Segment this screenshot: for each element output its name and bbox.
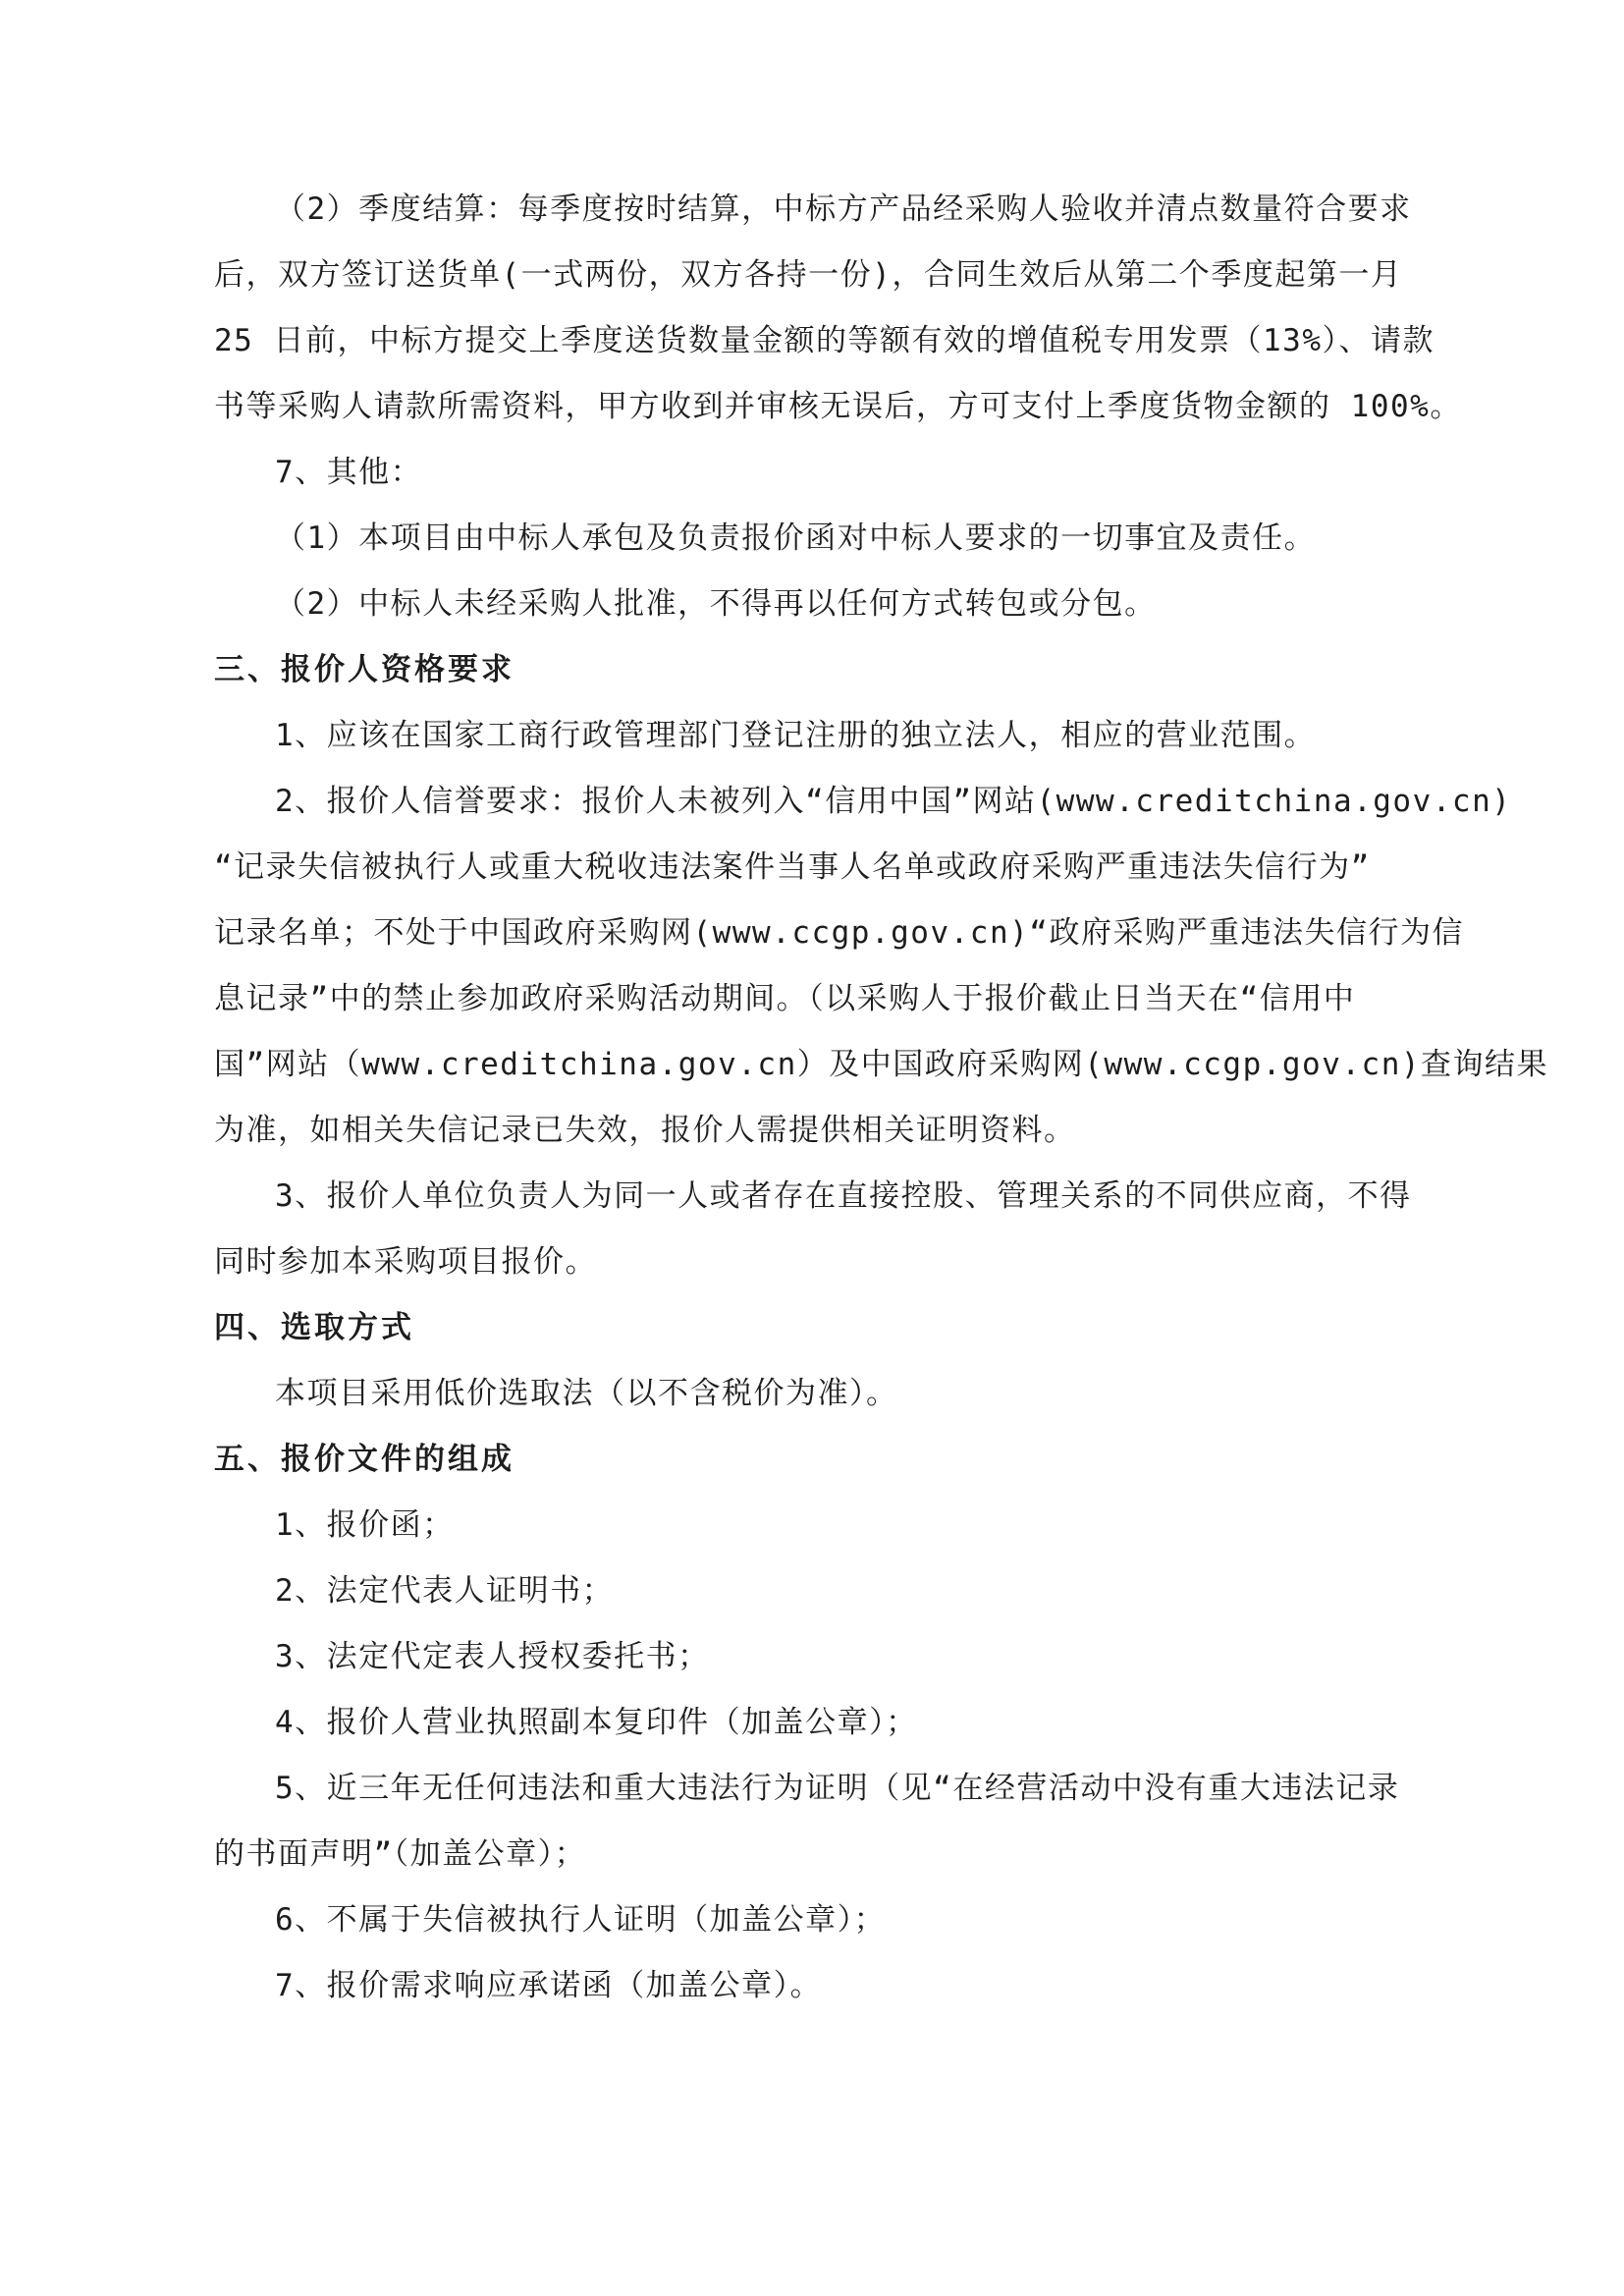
- text-line: 后，双方签订送货单(一式两份，双方各持一份)，合同生效后从第二个季度起第一月: [214, 243, 1461, 308]
- text-line: “记录失信被执行人或重大税收违法案件当事人名单或政府采购严重违法失信行为”: [214, 835, 1461, 901]
- text-line: 书等采购人请款所需资料，甲方收到并审核无误后，方可支付上季度货物金额的 100%…: [214, 374, 1461, 440]
- text-line-quarterly-settlement: （2）季度结算：每季度按时结算，中标方产品经采购人验收并清点数量符合要求: [214, 177, 1461, 243]
- text-line: 记录名单；不处于中国政府采购网(www.ccgp.gov.cn)“政府采购严重违…: [214, 901, 1461, 966]
- text-line-file-item-5: 5、近三年无任何违法和重大违法行为证明（见“在经营活动中没有重大违法记录: [214, 1756, 1461, 1822]
- document-page: （2）季度结算：每季度按时结算，中标方产品经采购人验收并清点数量符合要求 后，双…: [0, 0, 1624, 2296]
- text-line: 为准，如相关失信记录已失效，报价人需提供相关证明资料。: [214, 1098, 1461, 1164]
- heading-section-4-selection-method: 四、选取方式: [214, 1295, 1461, 1361]
- text-line-file-item-7: 7、报价需求响应承诺函（加盖公章）。: [214, 1953, 1461, 2019]
- document-text-block: （2）季度结算：每季度按时结算，中标方产品经采购人验收并清点数量符合要求 后，双…: [214, 177, 1461, 2019]
- text-line-file-item-1: 1、报价函；: [214, 1493, 1461, 1558]
- text-line-file-item-4: 4、报价人营业执照副本复印件（加盖公章）；: [214, 1690, 1461, 1756]
- text-line: 的书面声明”（加盖公章）；: [214, 1822, 1461, 1887]
- text-line-sub-item-1: （1）本项目由中标人承包及负责报价函对中标人要求的一切事宜及责任。: [214, 506, 1461, 572]
- text-line: 25 日前，中标方提交上季度送货数量金额的等额有效的增值税专用发票（13%）、请…: [214, 308, 1461, 374]
- text-line-file-item-6: 6、不属于失信被执行人证明（加盖公章）；: [214, 1887, 1461, 1953]
- heading-section-3-qualification: 三、报价人资格要求: [214, 637, 1461, 703]
- text-line-qual-item-3: 3、报价人单位负责人为同一人或者存在直接控股、管理关系的不同供应商，不得: [214, 1164, 1461, 1230]
- text-line: 息记录”中的禁止参加政府采购活动期间。（以采购人于报价截止日当天在“信用中: [214, 966, 1461, 1032]
- text-line-file-item-3: 3、法定代定表人授权委托书；: [214, 1624, 1461, 1690]
- text-line-qual-item-1: 1、应该在国家工商行政管理部门登记注册的独立法人，相应的营业范围。: [214, 703, 1461, 769]
- text-line: 国”网站（www.creditchina.gov.cn）及中国政府采购网(www…: [214, 1032, 1461, 1098]
- text-line-sub-item-2: （2）中标人未经采购人批准，不得再以任何方式转包或分包。: [214, 572, 1461, 637]
- text-line-file-item-2: 2、法定代表人证明书；: [214, 1558, 1461, 1624]
- heading-section-5-quotation-file-composition: 五、报价文件的组成: [214, 1427, 1461, 1493]
- text-line-item-7-others: 7、其他：: [214, 440, 1461, 506]
- text-line: 同时参加本采购项目报价。: [214, 1230, 1461, 1295]
- text-line-qual-item-2: 2、报价人信誉要求：报价人未被列入“信用中国”网站(www.creditchin…: [214, 769, 1461, 835]
- text-line-selection-method: 本项目采用低价选取法（以不含税价为准）。: [214, 1361, 1461, 1427]
